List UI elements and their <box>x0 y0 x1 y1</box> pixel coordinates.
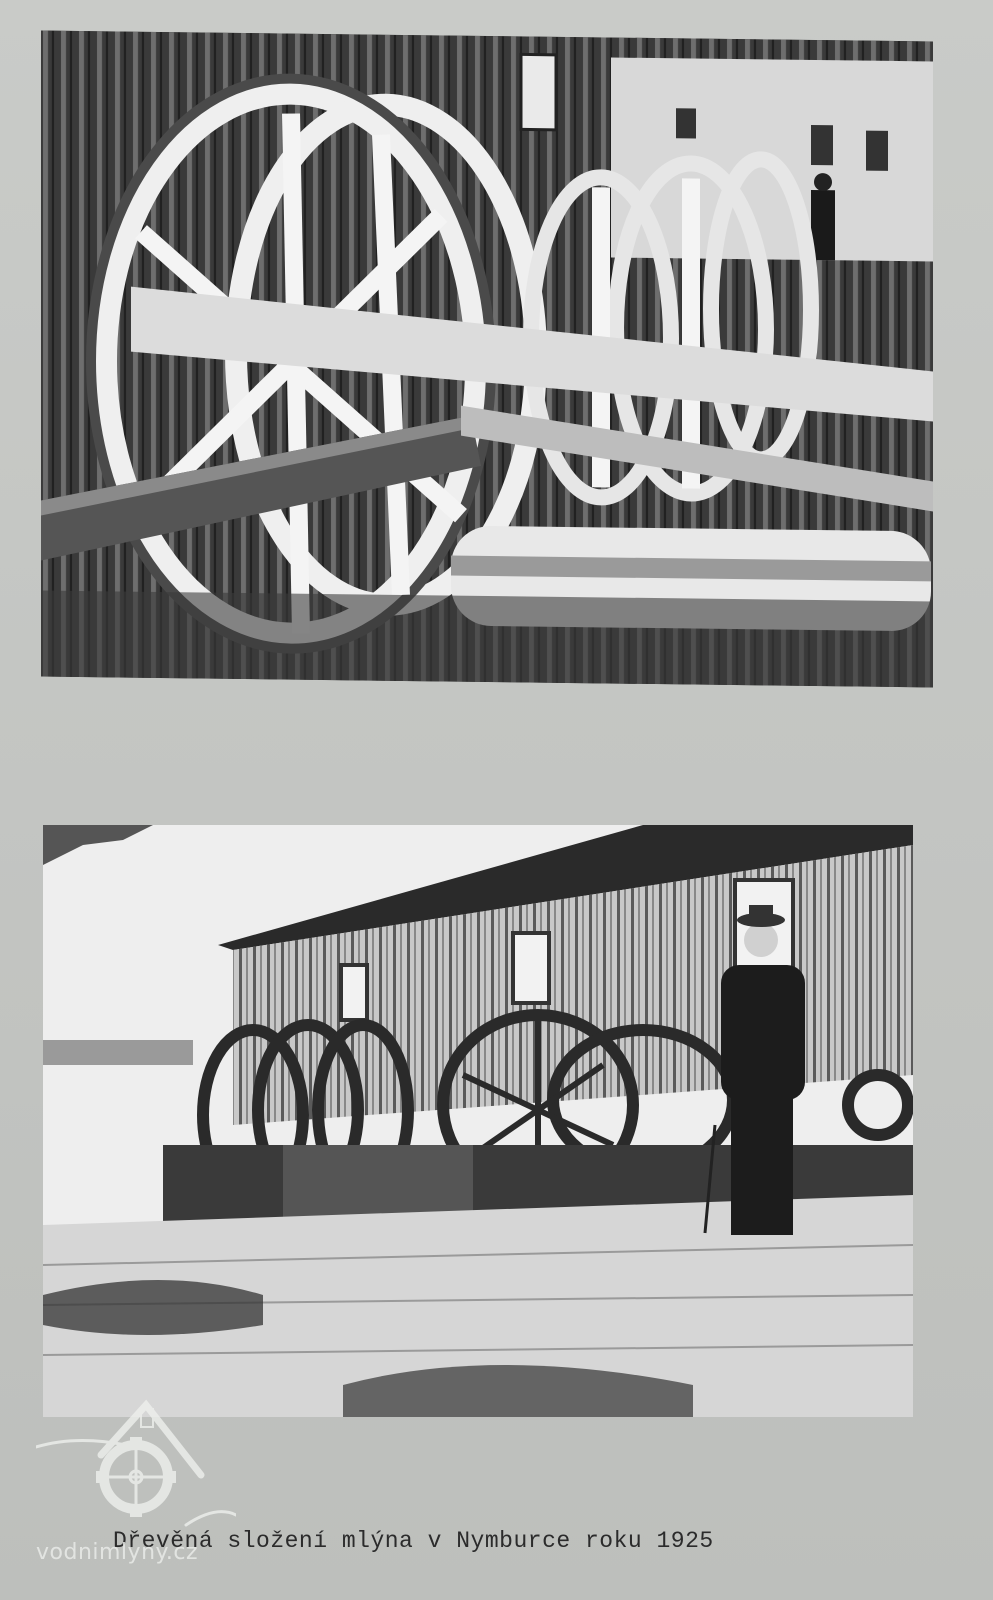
photo-mill-wheels-closeup <box>41 31 933 688</box>
watermill-logo-icon <box>36 1395 236 1535</box>
photo-mill-building-with-man <box>43 825 913 1417</box>
mill-building-image <box>43 825 913 1417</box>
watermark-text: vodnimlyny.cz <box>36 1540 198 1565</box>
photo-caption: Dřevěná složení mlýna v Nymburce roku 19… <box>113 1528 714 1554</box>
mill-wheels-closeup-image <box>41 31 933 688</box>
